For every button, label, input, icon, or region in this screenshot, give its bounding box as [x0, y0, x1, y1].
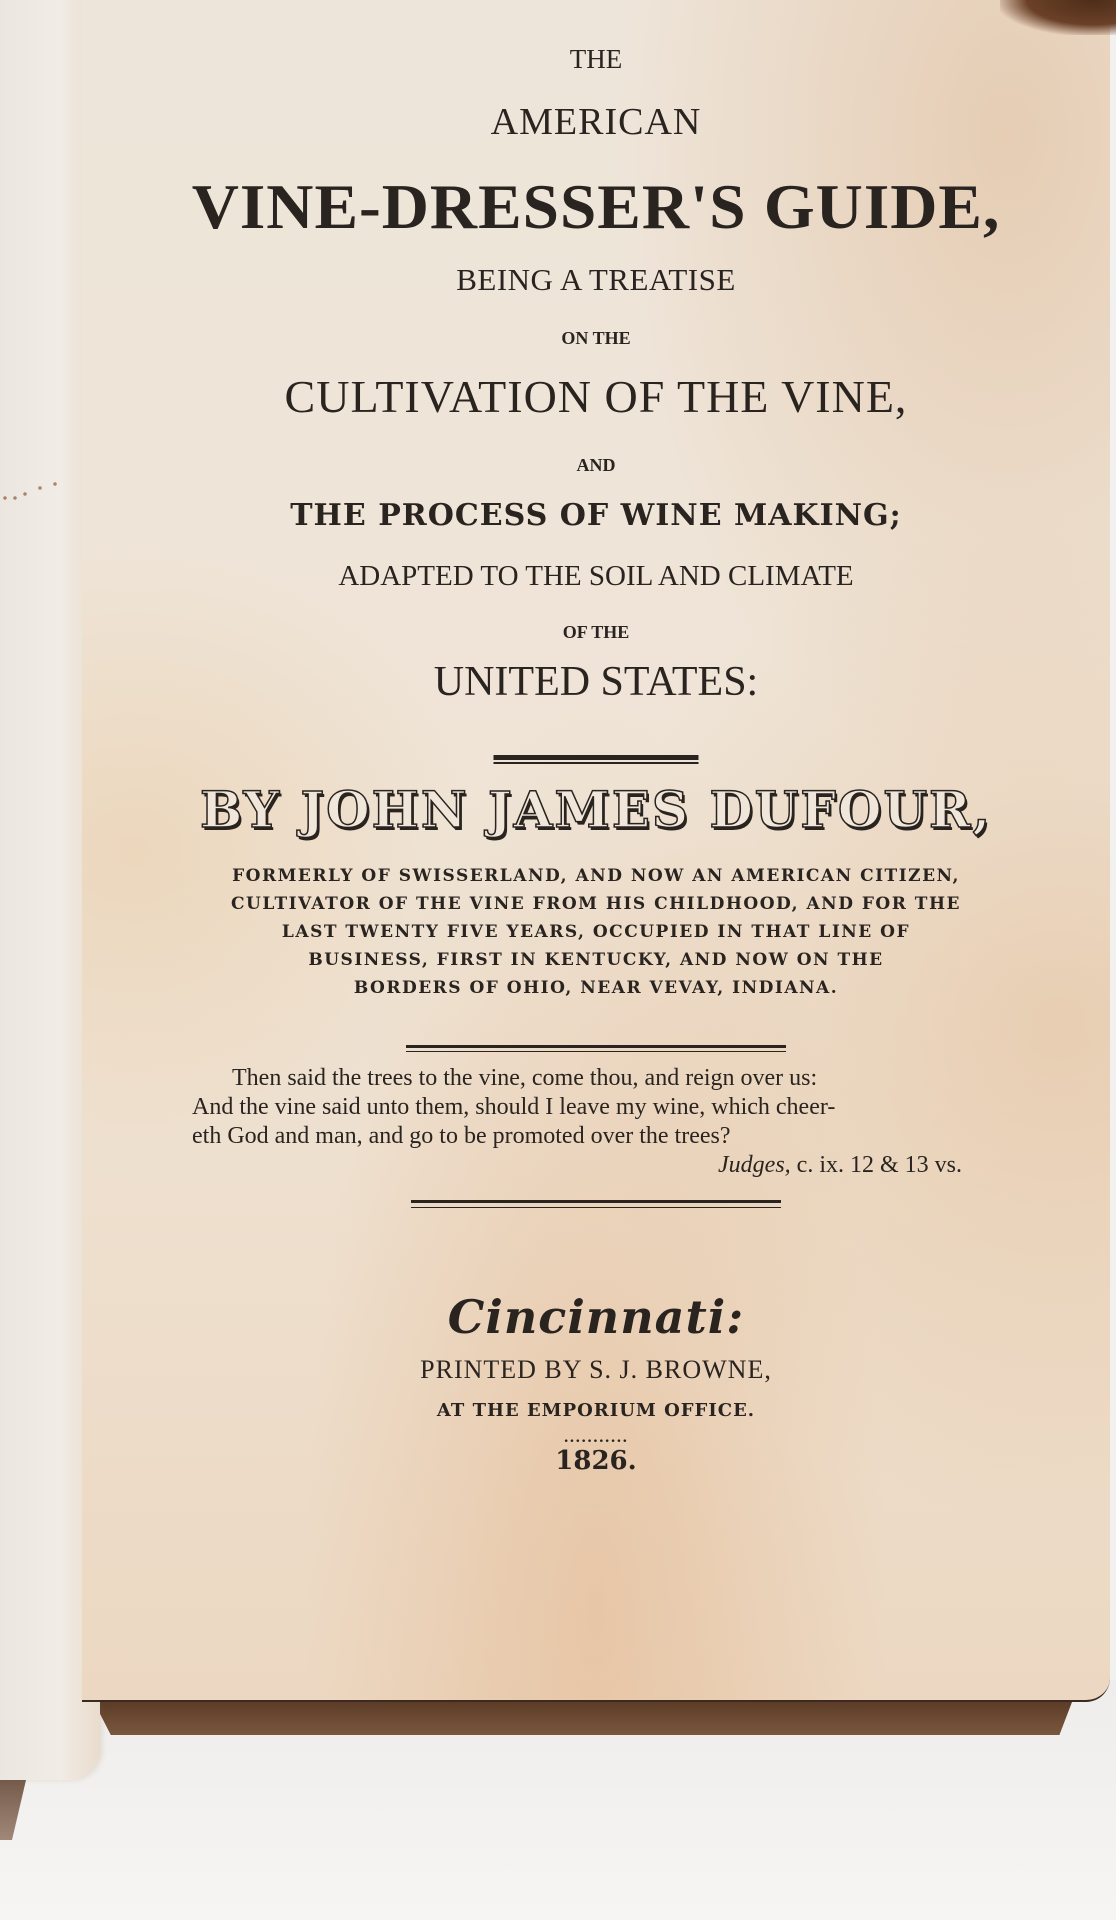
imprint-office: AT THE EMPORIUM OFFICE. — [82, 1400, 1110, 1421]
subtitle-adapted: ADAPTED TO THE SOIL AND CLIMATE — [82, 560, 1110, 593]
dotted-ornament: ........... — [82, 1430, 1110, 1446]
imprint-year: 1826. — [82, 1446, 1110, 1476]
connector-and: AND — [82, 455, 1110, 476]
epigraph-line: Then said the trees to the vine, come th… — [192, 1064, 1022, 1093]
pre-title-american: AMERICAN — [82, 100, 1110, 144]
epigraph: Then said the trees to the vine, come th… — [192, 1064, 1022, 1180]
subtitle-wine-making: THE PROCESS OF WINE MAKING; — [82, 498, 1110, 533]
connector-on-the: ON THE — [82, 328, 1110, 349]
pre-title: THE — [82, 44, 1110, 75]
author-bio-line: BUSINESS, FIRST IN KENTUCKY, AND NOW ON … — [82, 946, 1110, 974]
subtitle-treatise: BEING A TREATISE — [82, 262, 1110, 298]
epigraph-line: And the vine said unto them, should I le… — [192, 1093, 1022, 1122]
citation-book: Judges, — [718, 1152, 791, 1178]
subtitle-united-states: UNITED STATES: — [82, 658, 1110, 706]
imprint-city: Cincinnati: — [82, 1290, 1110, 1344]
divider-rule — [411, 1200, 781, 1208]
ink-bleed-marks — [0, 480, 70, 510]
author-line: BY JOHN JAMES DUFOUR, — [82, 780, 1110, 839]
author-bio-line: LAST TWENTY FIVE YEARS, OCCUPIED IN THAT… — [82, 918, 1110, 946]
epigraph-line: eth God and man, and go to be promoted o… — [192, 1122, 1022, 1151]
author-bio-line: FORMERLY OF SWISSERLAND, AND NOW AN AMER… — [82, 862, 1110, 890]
subtitle-cultivation: CULTIVATION OF THE VINE, — [82, 370, 1110, 423]
author-bio: FORMERLY OF SWISSERLAND, AND NOW AN AMER… — [82, 862, 1110, 1002]
divider-rule — [494, 755, 699, 764]
main-title: VINE-DRESSER'S GUIDE, — [72, 170, 1116, 244]
imprint-printer: PRINTED BY S. J. BROWNE, — [82, 1355, 1110, 1385]
citation-reference: c. ix. 12 & 13 vs. — [797, 1152, 962, 1178]
epigraph-citation: Judges, c. ix. 12 & 13 vs. — [192, 1151, 1022, 1180]
author-bio-line: CULTIVATOR OF THE VINE FROM HIS CHILDHOO… — [82, 890, 1110, 918]
corner-shadow — [1000, 0, 1116, 35]
author-bio-line: BORDERS OF OHIO, NEAR VEVAY, INDIANA. — [82, 974, 1110, 1002]
divider-rule — [406, 1045, 786, 1052]
connector-of-the: OF THE — [82, 622, 1110, 643]
